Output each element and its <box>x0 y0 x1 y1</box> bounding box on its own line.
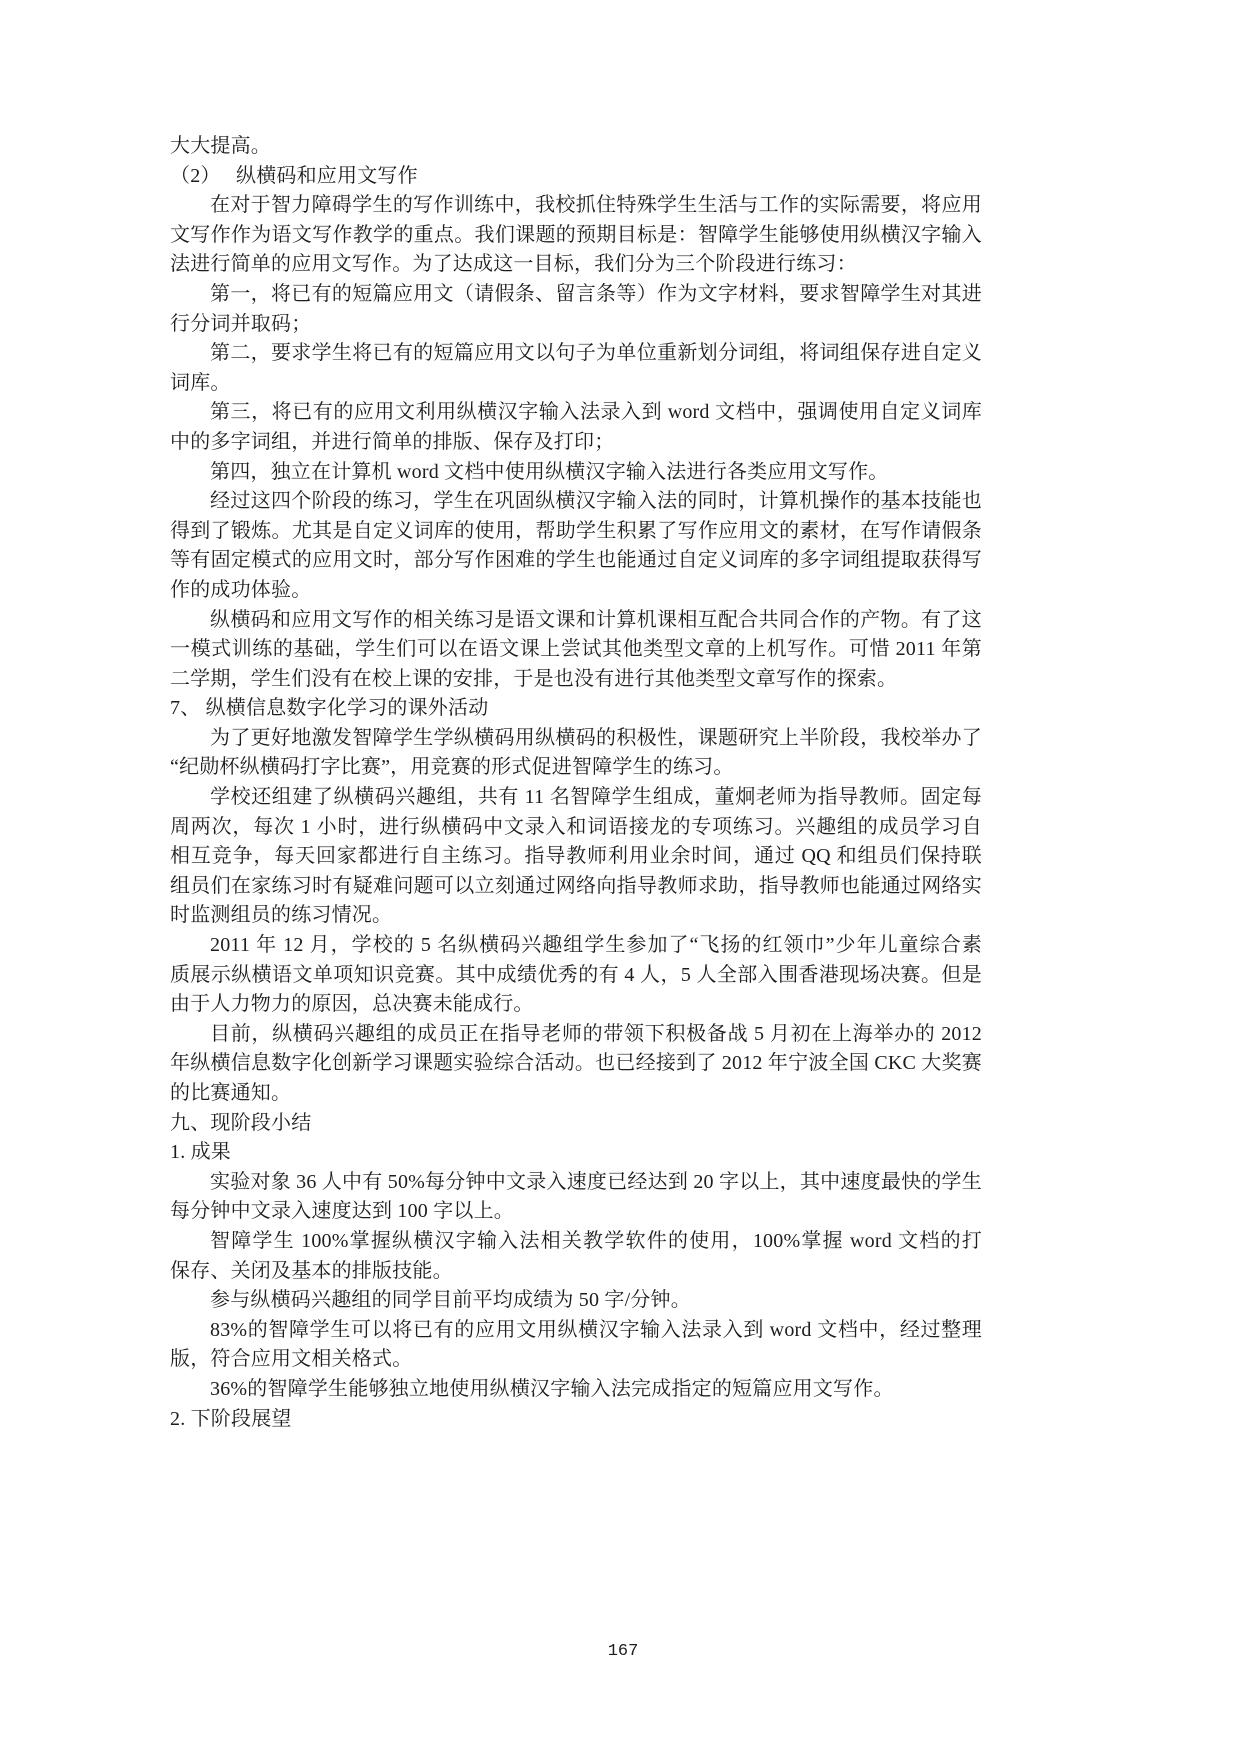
text-line: 法进行简单的应用文写作。为了达成这一目标，我们分为三个阶段进行练习： <box>170 250 982 280</box>
text-line: 相互竞争，每天回家都进行自主练习。指导教师利用业余时间，通过 QQ 和组员们保持… <box>170 842 982 872</box>
text-line: 九、现阶段小结 <box>170 1109 982 1139</box>
text-line: 7、 纵横信息数字化学习的课外活动 <box>170 694 982 724</box>
text-line: 2011 年 12 月，学校的 5 名纵横码兴趣组学生参加了“飞扬的红领巾”少年… <box>170 931 982 961</box>
text-line: 为了更好地激发智障学生学纵横码用纵横码的积极性，课题研究上半阶段，我校举办了 <box>170 724 982 754</box>
text-line: 智障学生 100%掌握纵横汉字输入法相关教学软件的使用，100%掌握 word … <box>170 1227 982 1257</box>
text-line: 36%的智障学生能够独立地使用纵横汉字输入法完成指定的短篇应用文写作。 <box>170 1375 982 1405</box>
page-number: 167 <box>0 1642 1246 1661</box>
text-line: 保存、关闭及基本的排版技能。 <box>170 1257 982 1287</box>
text-line: 2. 下阶段展望 <box>170 1405 982 1435</box>
text-line: （2） 纵横码和应用文写作 <box>170 162 982 192</box>
text-line: 每分钟中文录入速度达到 100 字以上。 <box>170 1197 982 1227</box>
text-line: 时监测组员的练习情况。 <box>170 901 982 931</box>
text-line: 周两次，每次 1 小时，进行纵横码中文录入和词语接龙的专项练习。兴趣组的成员学习… <box>170 813 982 843</box>
text-line: 83%的智障学生可以将已有的应用文用纵横汉字输入法录入到 word 文档中，经过… <box>170 1316 982 1346</box>
text-line: 实验对象 36 人中有 50%每分钟中文录入速度已经达到 20 字以上，其中速度… <box>170 1168 982 1198</box>
document-text: 大大提高。（2） 纵横码和应用文写作在对于智力障碍学生的写作训练中，我校抓住特殊… <box>170 132 982 1434</box>
text-line: 版，符合应用文相关格式。 <box>170 1345 982 1375</box>
text-line: 中的多字词组，并进行简单的排版、保存及打印； <box>170 428 982 458</box>
text-line: 一模式训练的基础，学生们可以在语文课上尝试其他类型文章的上机写作。可惜 2011… <box>170 635 982 665</box>
text-line: 组员们在家练习时有疑难问题可以立刻通过网络向指导教师求助，指导教师也能通过网络实 <box>170 872 982 902</box>
text-line: 第四，独立在计算机 word 文档中使用纵横汉字输入法进行各类应用文写作。 <box>170 458 982 488</box>
text-line: 学校还组建了纵横码兴趣组，共有 11 名智障学生组成，董炯老师为指导教师。固定每 <box>170 783 982 813</box>
document-page: 大大提高。（2） 纵横码和应用文写作在对于智力障碍学生的写作训练中，我校抓住特殊… <box>0 0 1246 1763</box>
text-line: 等有固定模式的应用文时，部分写作困难的学生也能通过自定义词库的多字词组提取获得写 <box>170 546 982 576</box>
text-line: “纪勋杯纵横码打字比赛”，用竞赛的形式促进智障学生的练习。 <box>170 753 982 783</box>
text-line: 1. 成果 <box>170 1138 982 1168</box>
text-line: 第一，将已有的短篇应用文（请假条、留言条等）作为文字材料，要求智障学生对其进 <box>170 280 982 310</box>
text-line: 行分词并取码； <box>170 310 982 340</box>
text-line: 二学期，学生们没有在校上课的安排，于是也没有进行其他类型文章写作的探索。 <box>170 665 982 695</box>
text-line: 作的成功体验。 <box>170 576 982 606</box>
text-line: 文写作作为语文写作教学的重点。我们课题的预期目标是：智障学生能够使用纵横汉字输入 <box>170 221 982 251</box>
text-line: 第二，要求学生将已有的短篇应用文以句子为单位重新划分词组，将词组保存进自定义 <box>170 339 982 369</box>
text-line: 目前，纵横码兴趣组的成员正在指导老师的带领下积极备战 5 月初在上海举办的 20… <box>170 1020 982 1050</box>
text-line: 大大提高。 <box>170 132 982 162</box>
text-line: 的比赛通知。 <box>170 1079 982 1109</box>
text-line: 参与纵横码兴趣组的同学目前平均成绩为 50 字/分钟。 <box>170 1286 982 1316</box>
text-line: 经过这四个阶段的练习，学生在巩固纵横汉字输入法的同时，计算机操作的基本技能也 <box>170 487 982 517</box>
text-line: 得到了锻炼。尤其是自定义词库的使用，帮助学生积累了写作应用文的素材，在写作请假条 <box>170 517 982 547</box>
text-line: 词库。 <box>170 369 982 399</box>
text-line: 年纵横信息数字化创新学习课题实验综合活动。也已经接到了 2012 年宁波全国 C… <box>170 1049 982 1079</box>
text-line: 第三，将已有的应用文利用纵横汉字输入法录入到 word 文档中，强调使用自定义词… <box>170 398 982 428</box>
text-line: 由于人力物力的原因，总决赛未能成行。 <box>170 990 982 1020</box>
text-line: 质展示纵横语文单项知识竞赛。其中成绩优秀的有 4 人，5 人全部入围香港现场决赛… <box>170 961 982 991</box>
text-line: 在对于智力障碍学生的写作训练中，我校抓住特殊学生生活与工作的实际需要，将应用 <box>170 191 982 221</box>
text-line: 纵横码和应用文写作的相关练习是语文课和计算机课相互配合共同合作的产物。有了这 <box>170 606 982 636</box>
